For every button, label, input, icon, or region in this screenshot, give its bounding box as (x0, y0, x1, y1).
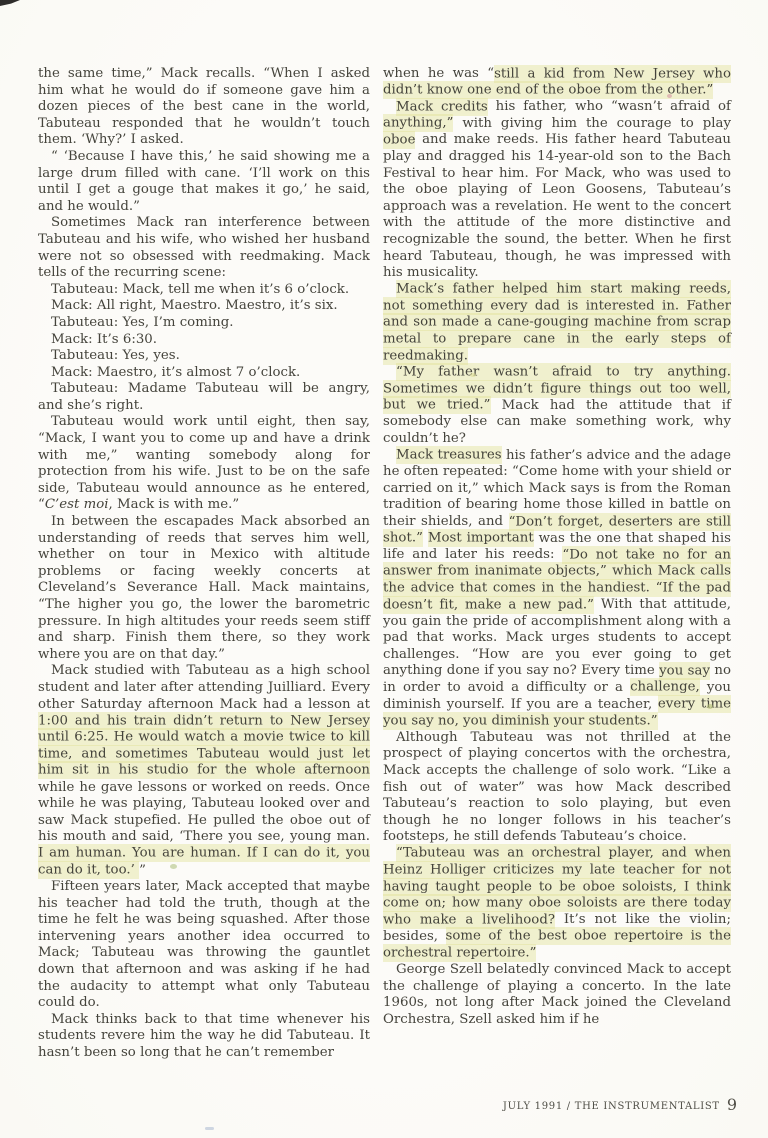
scan-speck (707, 704, 713, 709)
paragraph: Tabuteau would work until eight, then sa… (38, 414, 370, 514)
paragraph: Mack credits his father, who “wasn’t afr… (383, 99, 731, 282)
text-segment: Tabuteau: Madame Tabuteau will be angry,… (38, 381, 370, 413)
text-segment: George Szell belatedly convinced Mack to… (383, 962, 731, 1027)
paragraph: Although Tabuteau was not thrilled at th… (383, 730, 731, 846)
column-right: when he was “still a kid from New Jersey… (383, 66, 731, 1062)
text-segment: Fifteen years later, Mack accepted that … (38, 879, 370, 1010)
footer: JULY 1991 / THE INSTRUMENTALIST9 (503, 1095, 737, 1114)
highlighted-text: Mack treasures (396, 446, 502, 464)
text-segment: ” (139, 863, 146, 878)
text-segment: , Mack is with me.” (109, 497, 240, 512)
scan-speck (170, 864, 177, 869)
text-segment: Sometimes Mack ran interference between … (38, 215, 370, 280)
text-columns: the same time,” Mack recalls. “When I as… (38, 66, 731, 1062)
text-segment: and make reeds. His father heard Tabutea… (383, 132, 731, 280)
dialogue-line: Tabuteau: Mack, tell me when it’s 6 o’cl… (38, 282, 370, 299)
text-segment: Mack: It’s 6:30. (51, 332, 157, 347)
paragraph: Mack thinks back to that time whenever h… (38, 1012, 370, 1062)
highlighted-text: Most important (428, 529, 534, 547)
highlighted-text: oboe (383, 131, 415, 149)
paragraph: George Szell belatedly convinced Mack to… (383, 962, 731, 1028)
paragraph: Mack’s father helped him start making re… (383, 282, 731, 365)
paragraph: “Tabuteau was an orchestral player, and … (383, 846, 731, 962)
paragraph: Fifteen years later, Mack accepted that … (38, 879, 370, 1012)
footer-issue: JULY 1991 / THE INSTRUMENTALIST (503, 1101, 720, 1112)
paragraph: “ ‘Because I have this,’ he said showing… (38, 149, 370, 215)
text-segment: Mack thinks back to that time whenever h… (38, 1012, 370, 1060)
text-segment: when he was “ (383, 66, 494, 81)
text-segment: Tabuteau: Mack, tell me when it’s 6 o’cl… (51, 282, 349, 297)
paragraph: “My father wasn’t afraid to try anything… (383, 365, 731, 448)
scan-speck (470, 373, 476, 377)
footer-page-number: 9 (727, 1095, 737, 1114)
text-segment: “ ‘Because I have this,’ he said showing… (38, 149, 370, 214)
highlighted-text: anything,” (383, 114, 453, 132)
text-segment: Although Tabuteau was not thrilled at th… (383, 730, 731, 845)
paragraph: when he was “still a kid from New Jersey… (383, 66, 731, 99)
text-segment: with giving him the courage to play (453, 116, 731, 131)
paragraph: In between the escapades Mack absorbed a… (38, 514, 370, 663)
dialogue-line: Tabuteau: Yes, yes. (38, 348, 370, 365)
dialogue-line: Tabuteau: Yes, I’m coming. (38, 315, 370, 332)
highlighted-text: 1:00 and his train didn’t return to New … (38, 712, 370, 780)
column-left: the same time,” Mack recalls. “When I as… (38, 66, 370, 1062)
highlighted-text: challenge, (630, 678, 700, 696)
dialogue-line: Mack: All right, Maestro. Maestro, it’s … (38, 298, 370, 315)
paragraph: Mack studied with Tabuteau as a high sch… (38, 663, 370, 879)
text-segment: the same time,” Mack recalls. “When I as… (38, 66, 370, 147)
dialogue-line: Mack: Maestro, it’s almost 7 o’clock. (38, 365, 370, 382)
text-segment: Mack studied with Tabuteau as a high sch… (38, 663, 370, 711)
text-segment: Tabuteau: Yes, I’m coming. (51, 315, 233, 330)
highlighted-text: Mack’s father helped him start making re… (383, 280, 731, 364)
paragraph: Sometimes Mack ran interference between … (38, 215, 370, 281)
dialogue-line: Mack: It’s 6:30. (38, 332, 370, 349)
highlighted-text: I am human. You are human. If I can do i… (38, 844, 370, 879)
paragraph: the same time,” Mack recalls. “When I as… (38, 66, 370, 149)
dialogue-line: Tabuteau: Madame Tabuteau will be angry,… (38, 381, 370, 414)
paragraph: Mack treasures his father’s advice and t… (383, 448, 731, 730)
text-segment: Tabuteau: Yes, yes. (51, 348, 180, 363)
scan-speck (205, 1127, 214, 1130)
scan-speck (667, 94, 672, 98)
scan-corner-artifact (0, 0, 20, 6)
text-segment: Mack: All right, Maestro. Maestro, it’s … (51, 298, 338, 313)
text-segment: In between the escapades Mack absorbed a… (38, 514, 370, 662)
magazine-page: the same time,” Mack recalls. “When I as… (0, 0, 768, 1138)
text-segment: his father, who “wasn’t afraid of (488, 99, 731, 114)
text-segment: Mack: Maestro, it’s almost 7 o’clock. (51, 365, 300, 380)
italic-text: C’est moi (45, 497, 109, 512)
highlighted-text: Mack credits (396, 98, 488, 116)
text-segment: while he gave lessons or worked on reeds… (38, 780, 370, 845)
highlighted-text: you say (659, 662, 710, 680)
